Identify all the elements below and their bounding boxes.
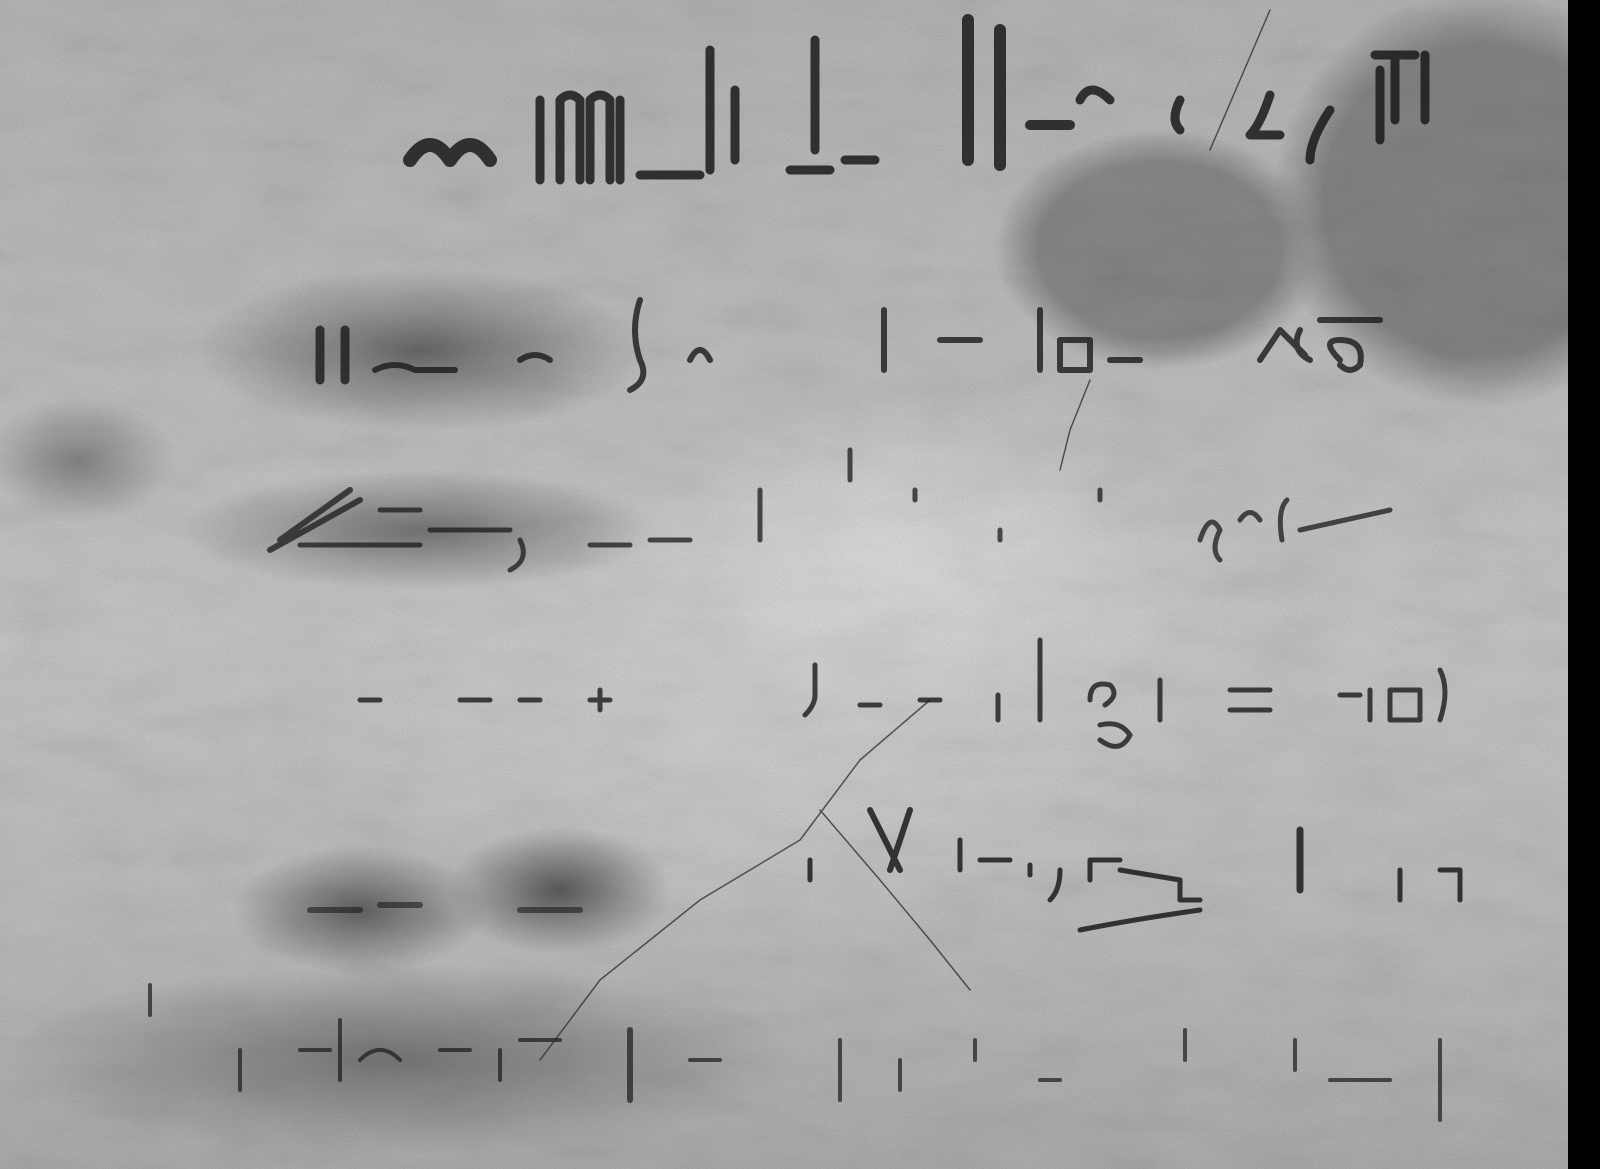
wall-cracks <box>540 10 1270 1060</box>
inscribed-wall-photo: Black-and-white photograph of faded ink … <box>0 0 1568 1169</box>
inscription-line-3 <box>270 450 1390 570</box>
inscription-line-5 <box>310 810 1460 930</box>
inscription-line-4 <box>360 640 1445 746</box>
inscription-line-1 <box>410 20 1425 180</box>
photo-border <box>1568 0 1600 1169</box>
inscription-line-2 <box>320 300 1380 390</box>
ink-glyphs <box>0 0 1568 1169</box>
inscription-line-6 <box>150 985 1440 1120</box>
